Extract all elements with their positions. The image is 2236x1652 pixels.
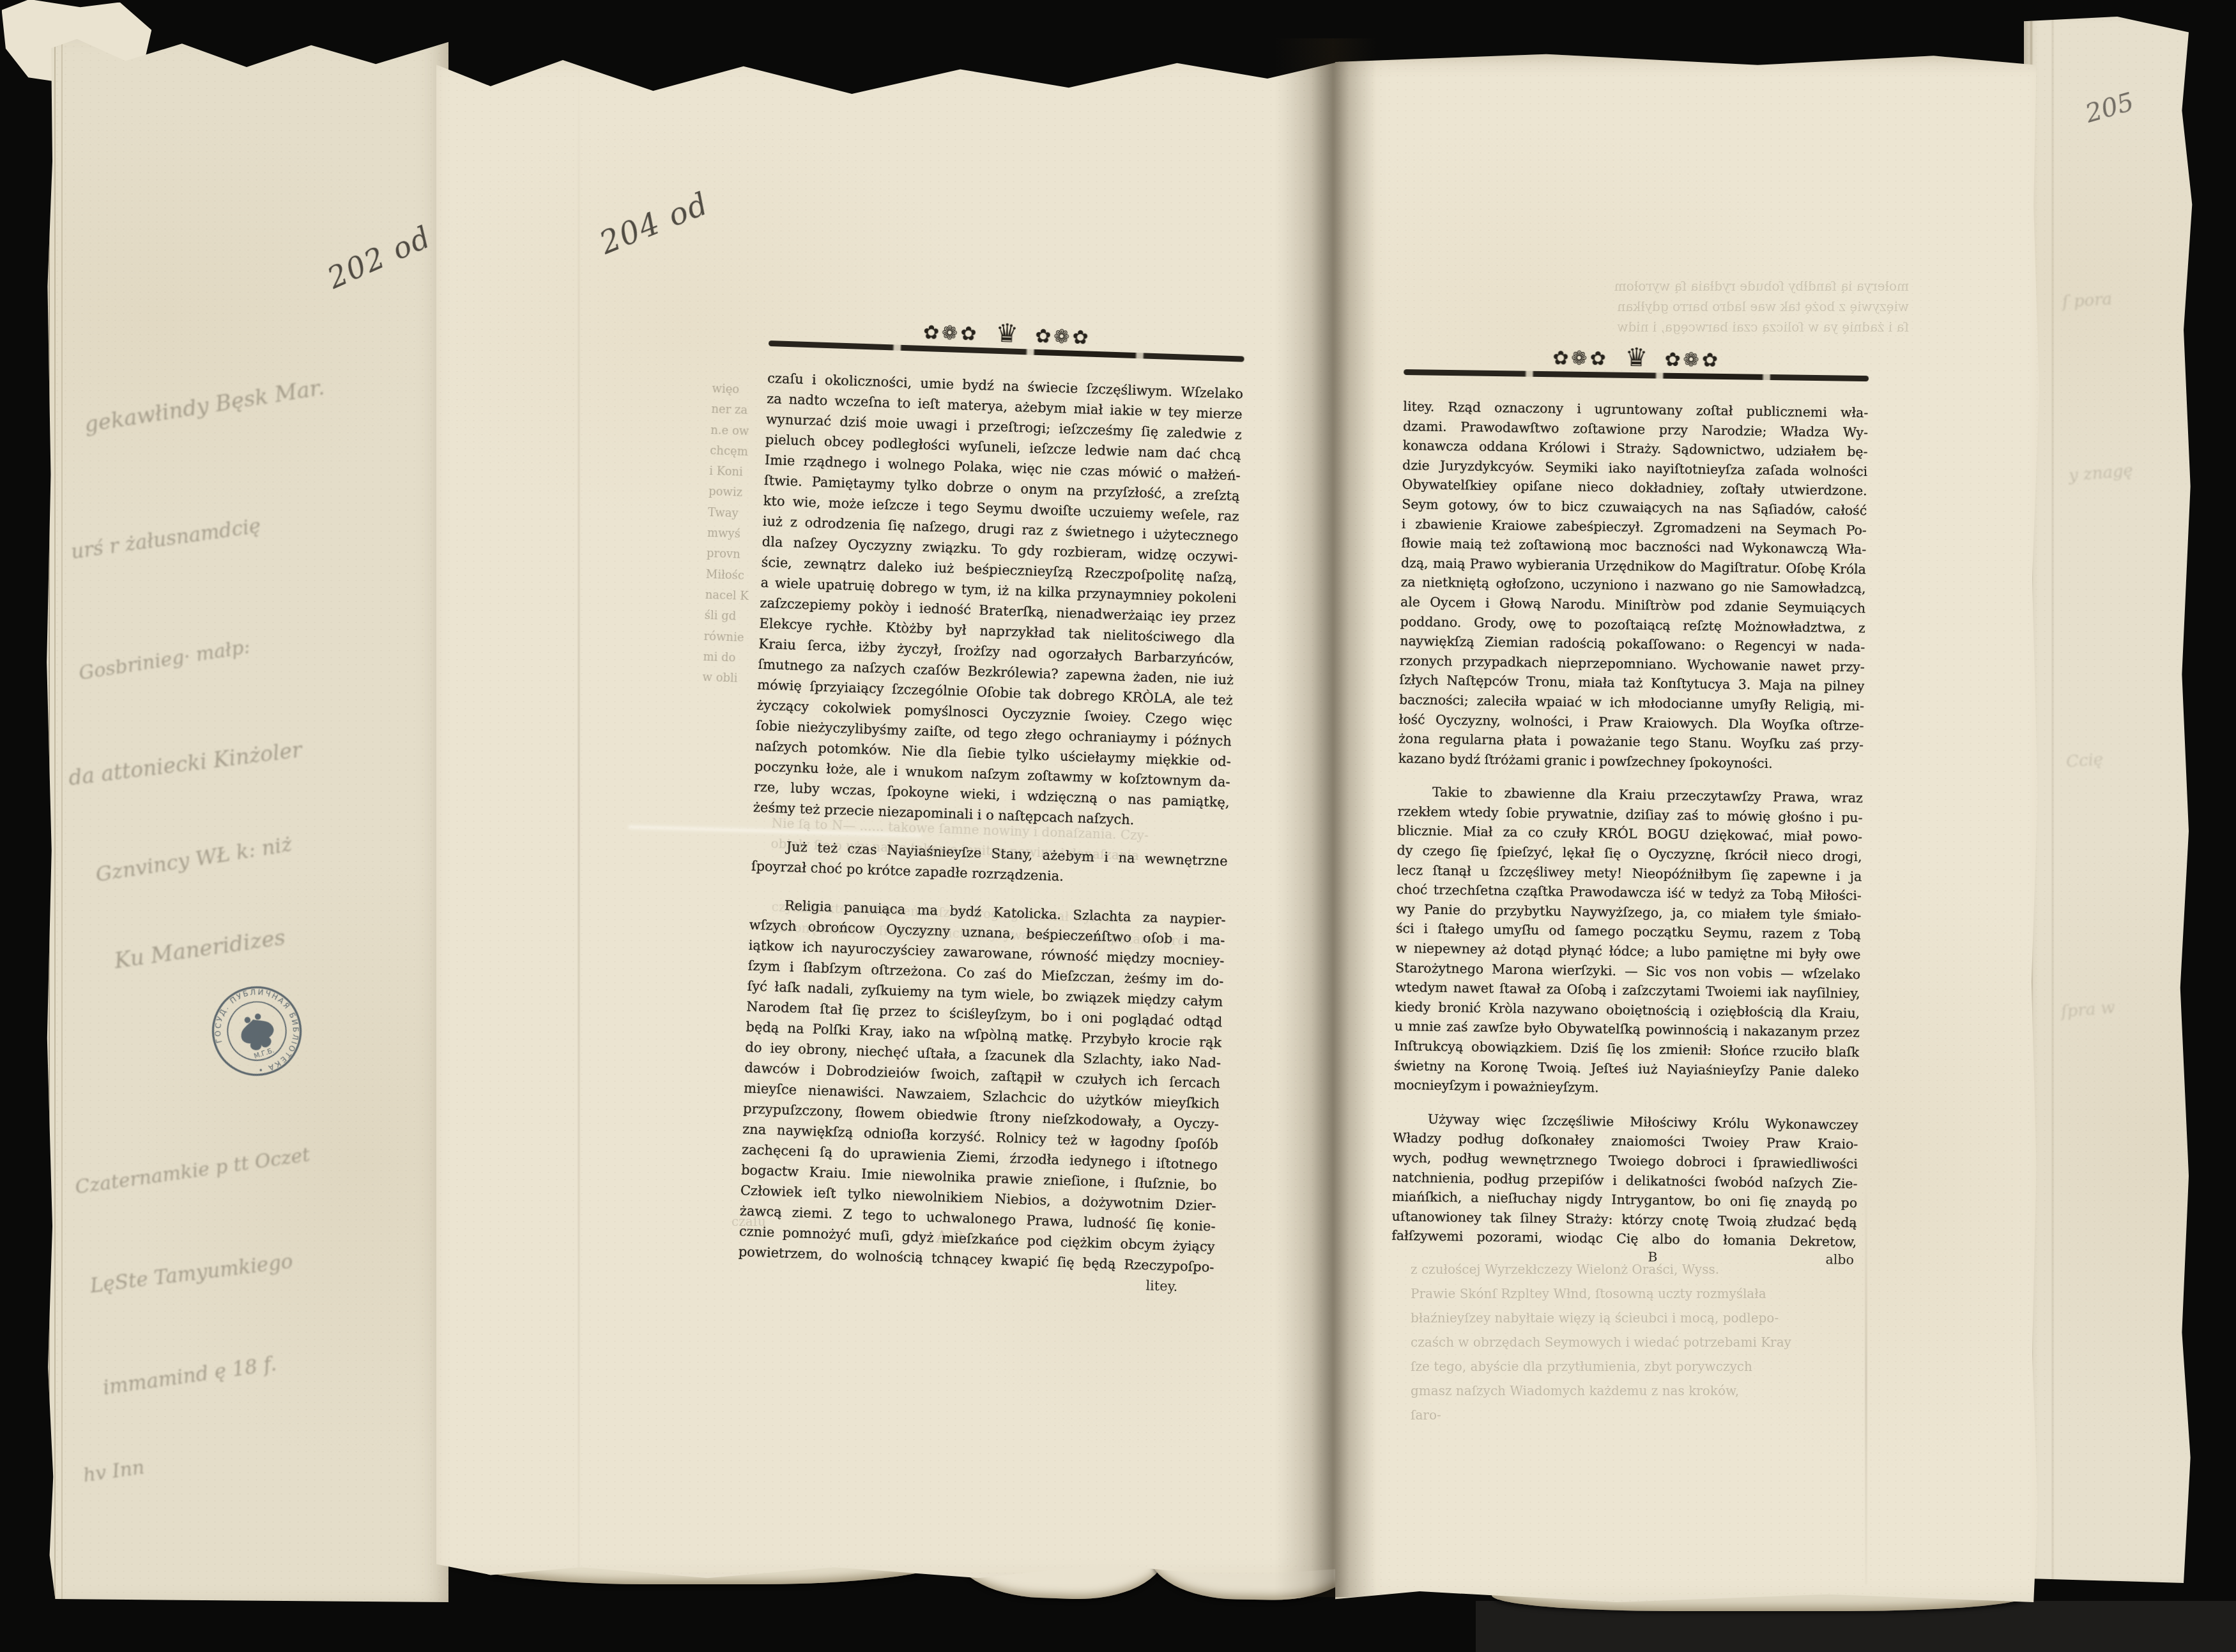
text-line: Prawie Skónſ Rzpltey Włnd, ſtosowną uczt…	[1411, 1281, 1858, 1306]
paragraph: Już też czas Nayiaśnieyſze Stany, ażebym…	[751, 836, 1228, 892]
text-line: mołerya ią ſandłby ſobude rydłaia ſą wyr…	[1468, 276, 1909, 296]
text-line: w obli	[702, 668, 746, 690]
right-text-column: ✿❁✿ ♛ ✿❁✿ litey. Rząd oznaczony i ugrunt…	[1391, 334, 1869, 1272]
right-page-text: litey. Rząd oznaczony i ugruntowany zoſt…	[1391, 397, 1868, 1252]
text-line: ſaro-	[1411, 1403, 1858, 1427]
fleuron-icon: ✿❁✿	[923, 321, 979, 346]
handwriting-bleed: ſpra w	[2060, 998, 2116, 1021]
text-line: z czułoścej Wyrzekłczezy Wielonż Oraści,…	[1411, 1257, 1858, 1281]
handwriting-bleed: da attoniecki Kinżoler	[67, 737, 303, 791]
paragraph: Używay więc ſzczęśliwie Miłościwy Królu …	[1391, 1109, 1858, 1252]
text-line: nacel K	[705, 585, 749, 608]
left-page-text: czaſu i okoliczności, umie bydź na świec…	[738, 368, 1243, 1278]
text-line: i Koni	[709, 461, 753, 484]
text-line: Miłośc	[705, 565, 749, 587]
text-line: ſa i żadnię ya w ſoliczą czai barwcęga, …	[1468, 317, 1909, 337]
text-line: n.e ow	[710, 420, 754, 443]
handwriting-bleed: ſ pora	[2062, 289, 2113, 312]
folio-annotation-204: 204 od	[595, 186, 714, 262]
handwriting-bleed: gekawłindy Bęsk Mar.	[82, 375, 326, 438]
handwriting-bleed: hv Inn	[82, 1456, 146, 1487]
text-line: Tway	[708, 503, 752, 525]
text-line: gmasz naſzych Wiadomych każdemu z nas kr…	[1411, 1379, 1858, 1403]
handwriting-bleed: y znagę	[2068, 461, 2134, 486]
handwriting-bleed: LęSte Tamyumkiego	[89, 1250, 294, 1298]
text-line: równie	[703, 626, 747, 648]
handwriting-bleed: Gosbrinieg· małp:	[77, 636, 252, 685]
paragraph: czaſu i okoliczności, umie bydź na świec…	[753, 368, 1243, 833]
text-line: mwyś	[707, 523, 751, 546]
text-line: chcęm	[710, 441, 754, 463]
handwriting-bleed: Ku Maneridizes	[113, 924, 287, 974]
headpiece-ornament: ✿❁✿ ♛ ✿❁✿	[1404, 334, 1869, 374]
mirrored-showthrough: mołerya ią ſandłby ſobude rydłaia ſą wyr…	[1468, 276, 1909, 337]
margin-showthrough: więoner zan.e owchcęmi KonipowizTwaymwyś…	[702, 379, 756, 689]
paragraph: Takie to zbawienne dla Kraiu przeczytawſ…	[1393, 782, 1863, 1101]
fleuron-icon: ✿❁✿	[1552, 347, 1609, 370]
left-page: 204 od więoner zan.e owchcęmi KonipowizT…	[436, 45, 1340, 1581]
fleuron-icon: ✿❁✿	[1034, 325, 1091, 349]
fleuron-icon: ✿❁✿	[1664, 349, 1720, 372]
text-line: ſze tego, abyście dla przytłumienia, zby…	[1411, 1354, 1858, 1379]
text-line: błaźnieyſzey nabyłtaie więzy ią ścieubci…	[1411, 1306, 1858, 1330]
book-scan: gekawłindy Bęsk Mar. urś r żałusnamdcię …	[0, 0, 2236, 1652]
text-line: mi do	[703, 647, 747, 669]
text-line: czaśch w obrzędach Seymowych i wiedać po…	[1411, 1330, 1858, 1354]
text-line: więo	[712, 379, 756, 401]
page-edge-line	[2052, 17, 2053, 1583]
folio-annotation-202: 202 od	[322, 219, 436, 295]
bottom-showthrough: z czułoścej Wyrzekłczezy Wielonż Oraści,…	[1411, 1257, 1858, 1427]
handwriting-bleed: Ccię	[2065, 750, 2104, 772]
right-page: mołerya ią ſandłby ſobude rydłaia ſą wyr…	[1335, 51, 2039, 1602]
left-text-column: ✿❁✿ ♛ ✿❁✿ czaſu i okoliczności, umie byd…	[737, 305, 1245, 1298]
paragraph: Religia panuiąca ma bydź Katolicka. Szla…	[738, 894, 1226, 1277]
text-line: więzywię z bożę tak wae ladro barro gdył…	[1468, 296, 1909, 317]
crown-icon: ♛	[995, 321, 1019, 347]
handwriting-bleed: Gznvincy WŁ k: niż	[94, 832, 294, 887]
handwriting-bleed: urś r żałusnamdcię	[70, 514, 262, 563]
text-line: powiz	[708, 482, 753, 504]
text-line: provn	[706, 544, 750, 566]
under-page-stack: gekawłindy Bęsk Mar. urś r żałusnamdcię …	[45, 36, 448, 1602]
right-page-stack: 205 ſ pora y znagę Ccię ſpra w	[2024, 17, 2194, 1583]
text-line: ner za	[711, 399, 755, 422]
crown-icon: ♛	[1625, 345, 1648, 371]
page-edges-left	[49, 36, 74, 1602]
handwriting-bleed: Czaternamkie p tt Oczet	[73, 1143, 311, 1198]
archive-stamp: ГОСУД. ПУБЛИЧНАЯ БИБЛІОТЕКА • М.Г.Б.	[195, 970, 318, 1092]
folio-number-205: 205	[2082, 87, 2137, 128]
fold-crease	[1865, 1175, 1867, 1584]
paragraph: litey. Rząd oznaczony i ugruntowany zoſt…	[1398, 397, 1869, 774]
text-line: śli gd	[704, 606, 748, 628]
handwriting-bleed: immamind ę 18 f.	[102, 1352, 278, 1400]
fold-crease	[578, 45, 579, 1581]
